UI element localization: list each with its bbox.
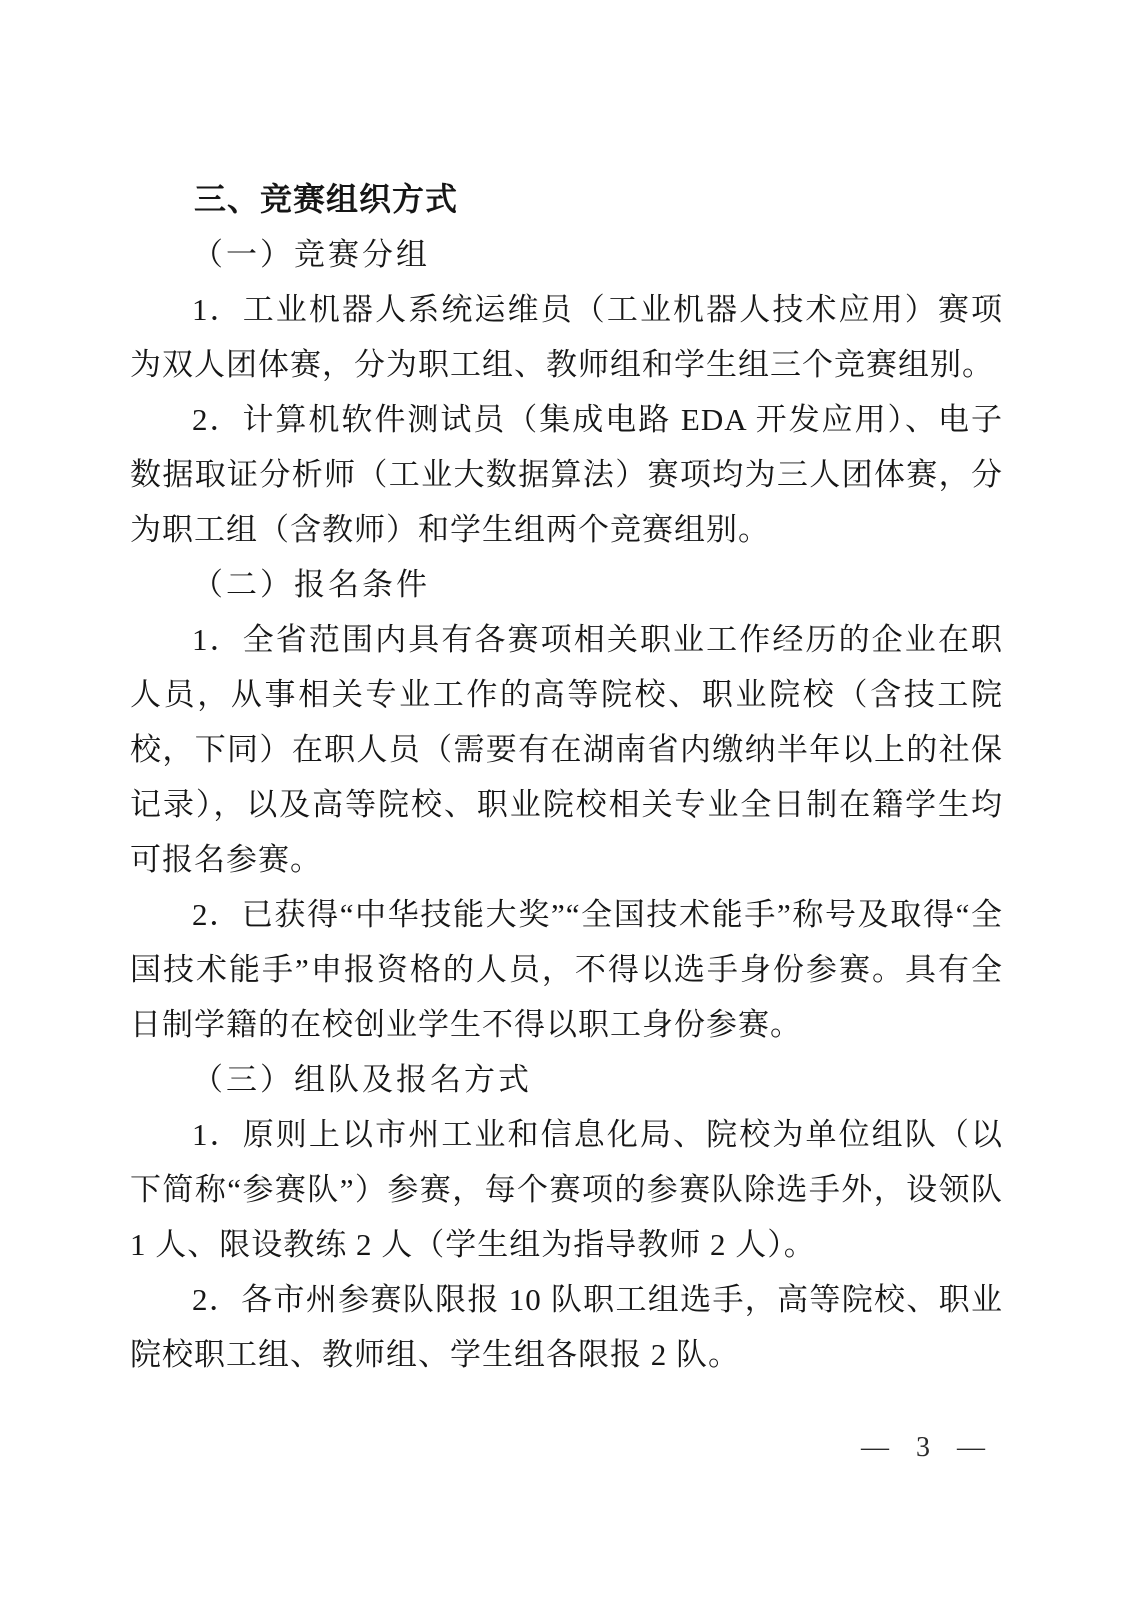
paragraph-grouping-item-1: 1．工业机器人系统运维员（工业机器人技术应用）赛项为双人团体赛，分为职工组、教师… — [130, 282, 1003, 392]
paragraph-conditions-item-1: 1．全省范围内具有各赛项相关职业工作经历的企业在职人员，从事相关专业工作的高等院… — [130, 612, 1003, 887]
subsection-heading-registration-conditions: （二）报名条件 — [130, 557, 1003, 612]
paragraph-grouping-item-2: 2．计算机软件测试员（集成电路 EDA 开发应用）、电子数据取证分析师（工业大数… — [130, 392, 1003, 557]
paragraph-team-item-1: 1．原则上以市州工业和信息化局、院校为单位组队（以下简称“参赛队”）参赛，每个赛… — [130, 1107, 1003, 1272]
subsection-heading-team-registration-method: （三）组队及报名方式 — [130, 1052, 1003, 1107]
section-heading: 三、竞赛组织方式 — [130, 172, 1003, 227]
subsection-heading-competition-grouping: （一）竞赛分组 — [130, 227, 1003, 282]
paragraph-conditions-item-2: 2．已获得“中华技能大奖”“全国技术能手”称号及取得“全国技术能手”申报资格的人… — [130, 887, 1003, 1052]
paragraph-team-item-2: 2．各市州参赛队限报 10 队职工组选手，高等院校、职业院校职工组、教师组、学生… — [130, 1272, 1003, 1382]
document-body: 三、竞赛组织方式 （一）竞赛分组 1．工业机器人系统运维员（工业机器人技术应用）… — [130, 172, 1003, 1382]
document-page: 三、竞赛组织方式 （一）竞赛分组 1．工业机器人系统运维员（工业机器人技术应用）… — [0, 0, 1131, 1600]
page-number: — 3 — — [861, 1432, 995, 1464]
